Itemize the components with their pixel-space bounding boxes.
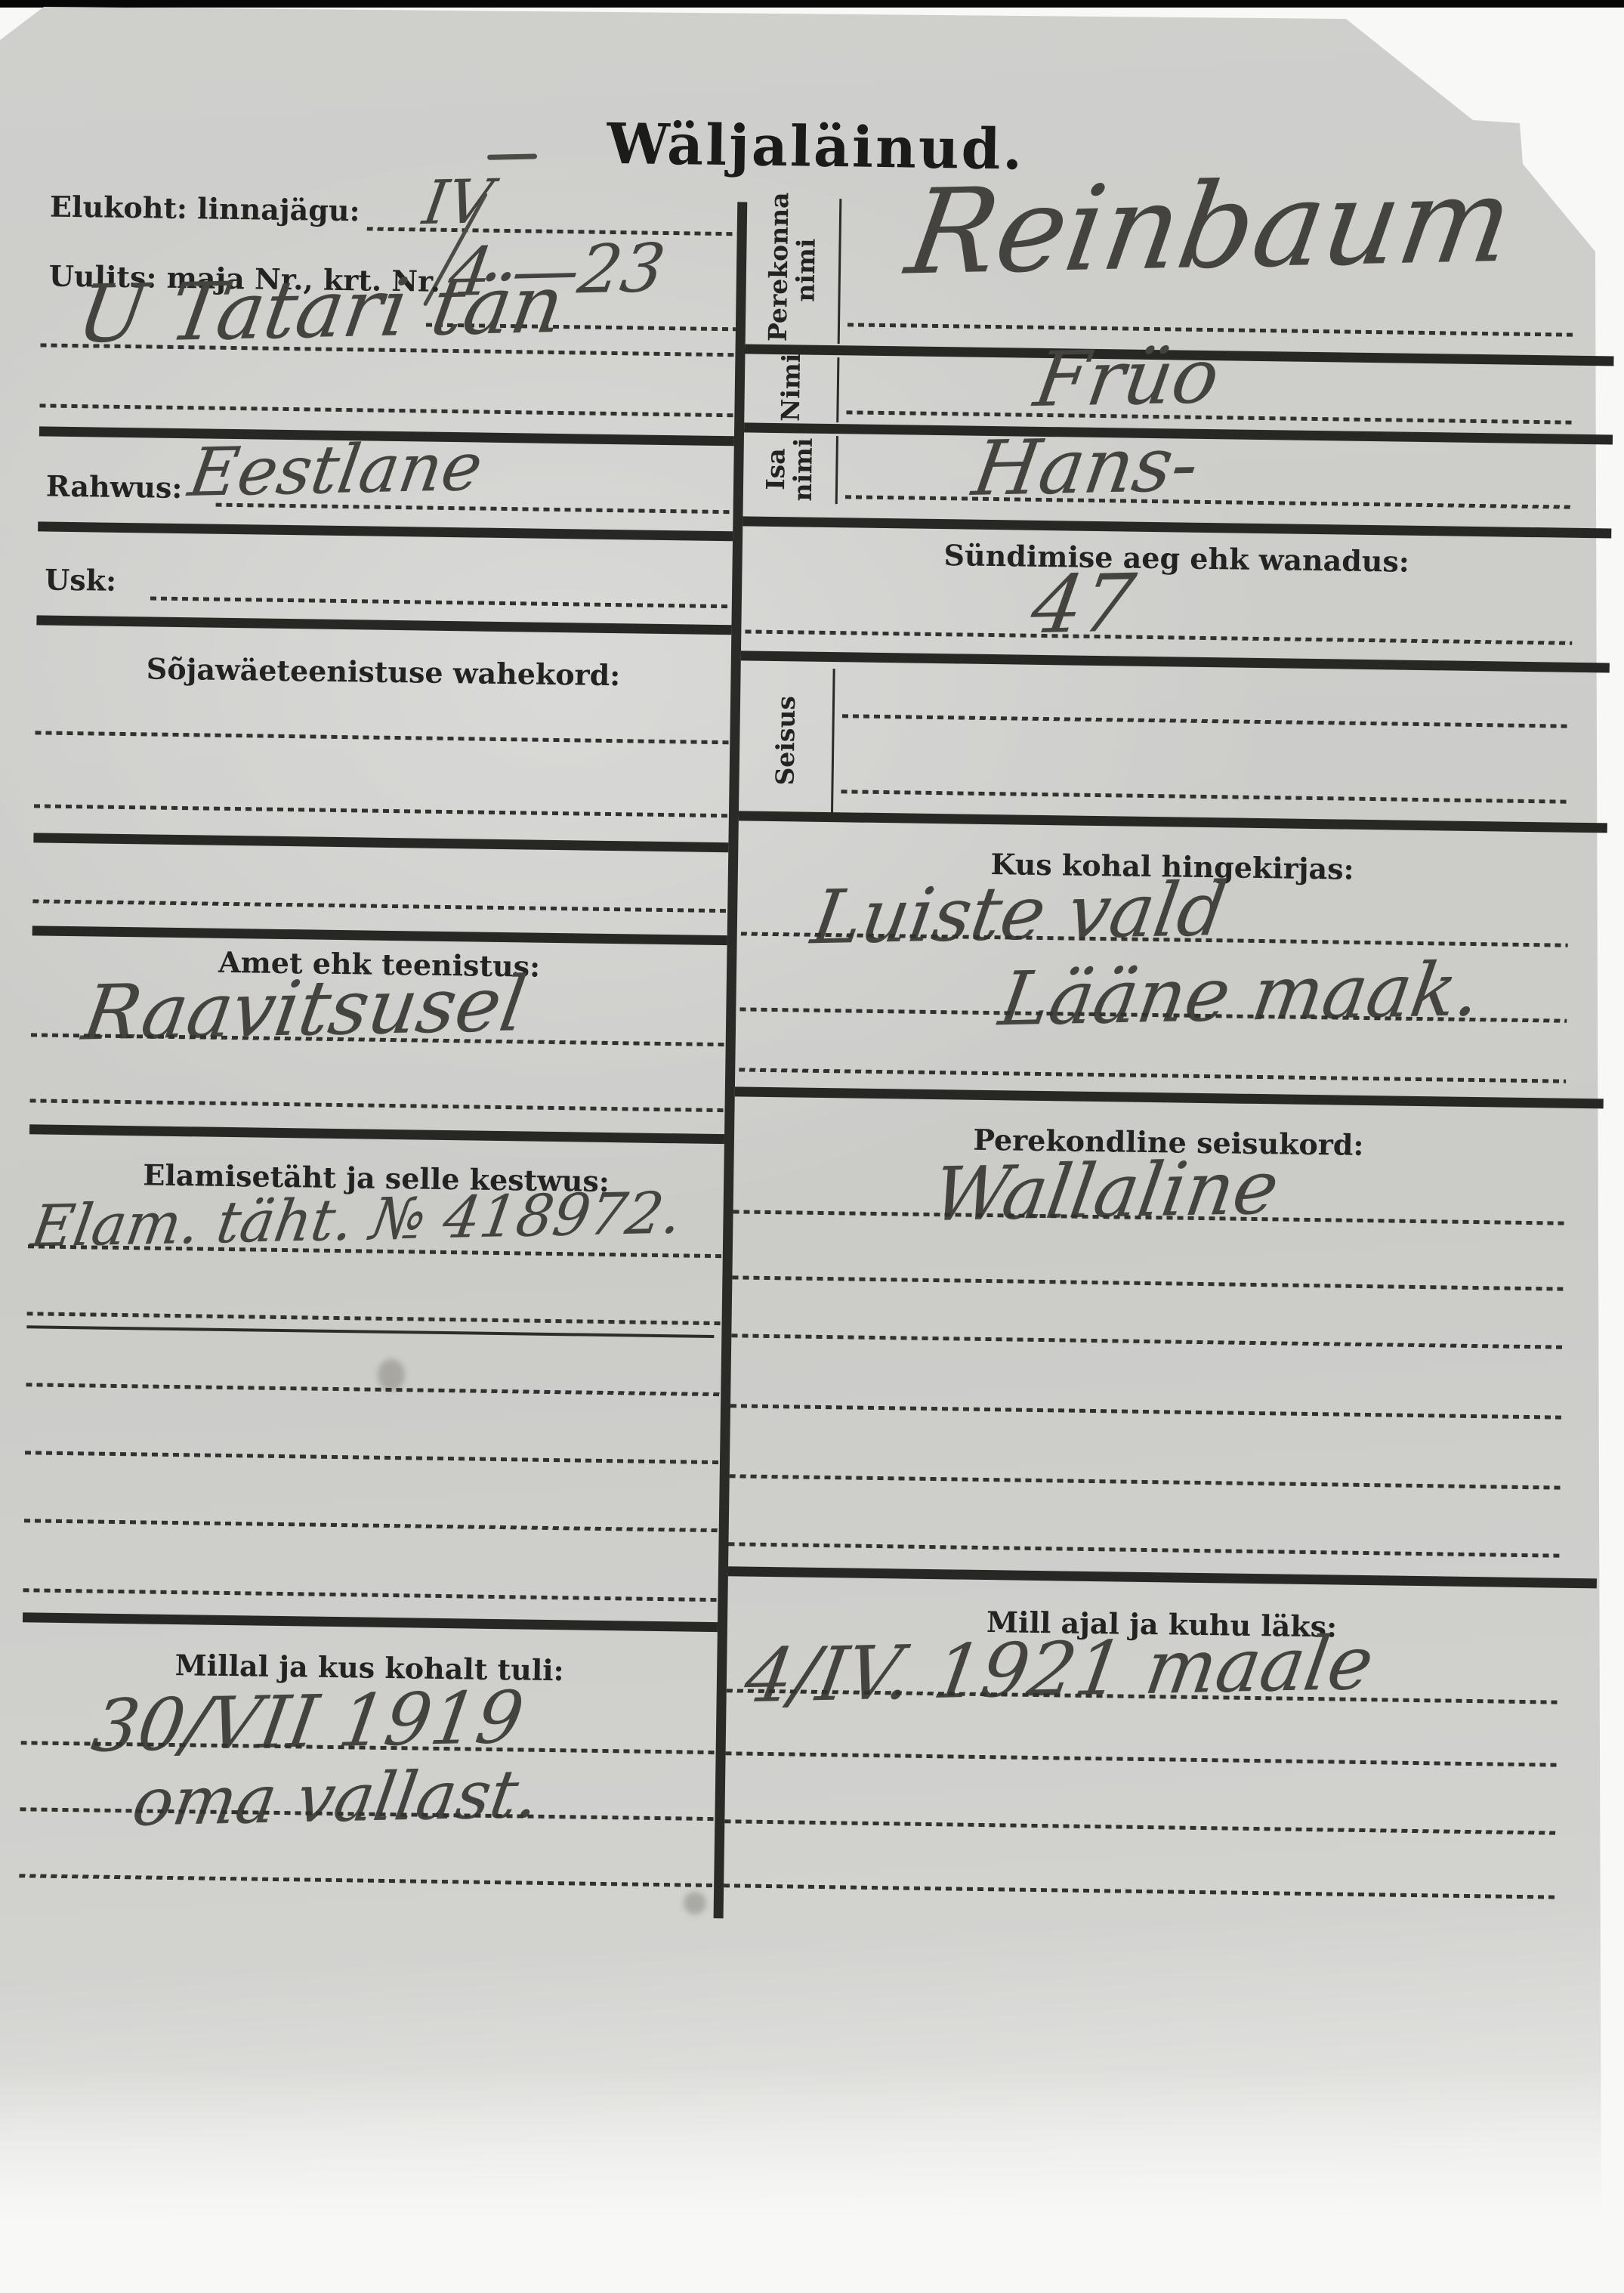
millal-tuli-handwriting-2: oma vallast. [128,1760,544,1836]
millal-tuli-handwriting-1: 30/VII 1919 [88,1682,528,1763]
section-bar [735,1086,1604,1108]
dotted-line [34,804,729,817]
dotted-line [32,899,727,913]
dotted-line [739,1068,1566,1083]
rahwus-handwriting: Eestlane [184,434,486,506]
kus-kohal-handwriting-2: Lääne maak. [995,953,1486,1037]
street-handwriting: U Tatari tän [73,265,569,355]
label-strip-rule [836,357,839,422]
right-column: Perekonna nimi Reinbaum Nimi Früo Isa ni… [723,184,1616,1948]
seisus-rotated-label: Seisus [739,667,833,814]
nimi-handwriting: Früo [1030,338,1224,418]
thin-rule [26,1325,714,1338]
mill-ajal-handwriting: 4/IV. 1921 maale [740,1627,1379,1714]
scanner-edge [0,0,1624,8]
isa-nimi-rotated-label: Isa nimi [743,434,836,504]
section-bar [739,811,1607,833]
dotted-line [25,1451,720,1464]
left-column: Elukoht: linnajägu: IV 4 —23 Uulits: maj… [18,183,737,1930]
usk-label: Usk: [45,563,117,598]
sojawae-header: Sõjawäeteenistuse wahekord: [36,650,731,694]
dotted-line [26,1383,721,1396]
isa-nimi-handwriting: Hans- [968,426,1204,507]
handwritten-dash-mark [487,153,537,159]
dotted-line [745,629,1572,644]
perekonna-nimi-handwriting: Reinbaum [900,161,1520,291]
section-bar [23,1612,718,1632]
label-strip-rule [835,436,838,504]
section-bar [743,516,1611,538]
dotted-line [841,790,1570,803]
dotted-line [724,1884,1555,1899]
dotted-line [23,1588,718,1602]
dotted-line [730,1474,1561,1489]
dotted-line [732,1275,1563,1290]
section-bar [32,926,727,945]
section-bar [741,651,1610,672]
nimi-rotated-label: Nimi [744,356,837,422]
registration-form: Wäljaläinud. Elukoht: linnajägu: IV 4 —2… [18,104,1588,1976]
rahwus-label: Rahwus: [46,469,183,505]
kus-kohal-handwriting-1: Luiste vald [807,873,1231,956]
dotted-line [728,1542,1559,1557]
elamisetaht-handwriting: Elam. täht. № 418972. [28,1184,686,1255]
scanned-document: Wäljaläinud. Elukoht: linnajägu: IV 4 —2… [0,0,1624,2293]
section-bar [38,521,733,541]
dotted-line [724,1819,1555,1834]
linnajagu-handwriting: IV [419,172,496,233]
dotted-line [731,1333,1562,1349]
dotted-line [35,731,730,744]
dotted-line [39,403,734,417]
dotted-line [19,1874,714,1887]
dotted-line [30,1099,725,1112]
section-bar [728,1566,1597,1588]
dotted-line [24,1519,719,1532]
dotted-line [845,495,1574,508]
form-columns: Elukoht: linnajägu: IV 4 —23 Uulits: maj… [18,183,1587,1964]
dotted-line [150,596,732,608]
perekonna-nimi-rotated-label: Perekonna nimi [746,197,840,342]
elukoht-label: Elukoht: linnajägu: [50,190,360,228]
paper-bottom-fade [0,2069,1601,2243]
dotted-line [730,1404,1561,1419]
section-bar [33,833,728,852]
sundimise-header: Sündimise aeg ehk wanadus: [742,535,1611,581]
dotted-line [27,1312,722,1325]
section-bar [29,1124,724,1144]
section-bar [36,615,731,635]
dotted-line [726,1751,1557,1766]
dotted-line [842,714,1571,728]
